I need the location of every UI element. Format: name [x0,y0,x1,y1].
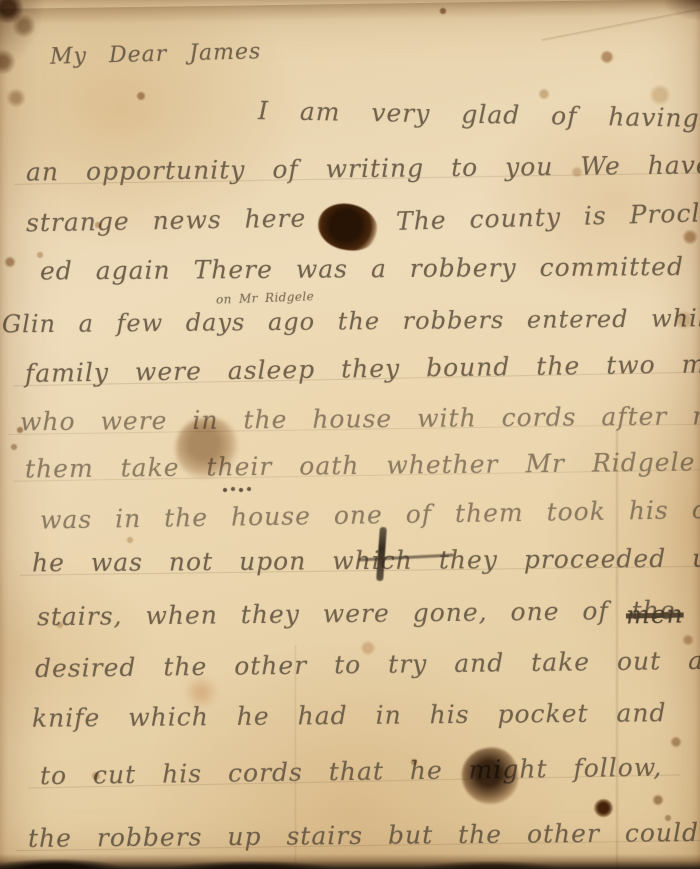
letter-line: I am very glad of having [258,96,700,133]
letter-line: The county is Proclaim [396,197,700,236]
letter-line: was in the house one of them took his oa… [40,494,700,534]
ink-dots [222,485,254,493]
fold-crease [0,0,700,25]
letter-page: My Dear James I am very glad of having a… [0,0,700,869]
letter-line: family were asleep they bound the two me… [25,349,700,388]
letter-line: them take their oath whether Mr Ridgele [25,447,696,483]
small-stain-dot [594,799,613,817]
struck-word: men [626,599,684,629]
letter-line: ed again There was a robbery committed n… [40,251,700,285]
letter-line: he was not upon which they proceeded up [32,544,700,578]
interlinear-insertion: on Mr Ridgele [216,289,315,306]
letter-line: who were in the house with cords after m… [20,401,700,437]
corner-stain [640,0,700,50]
letter-line: strange news here [26,204,307,238]
ink-blot-stain [315,200,381,254]
paper-torn-edge [0,854,700,869]
letter-line: an opportunity of writing to you We have [26,150,700,186]
letter-line: knife which he had in his pocket and [32,698,667,733]
letter-line: to cut his cords that he might follow, [40,753,663,791]
letter-line: stairs, when they were gone, one of the [37,596,676,632]
fold-crease [541,5,700,42]
letter-line: the robbers up stairs but the other coul… [28,818,699,853]
corner-stain [0,0,70,160]
letter-line: Glin a few days ago the robbers entered … [2,304,700,339]
letter-line: desired the other to try and take out a [35,646,700,683]
salutation-line: My Dear James [50,39,262,70]
